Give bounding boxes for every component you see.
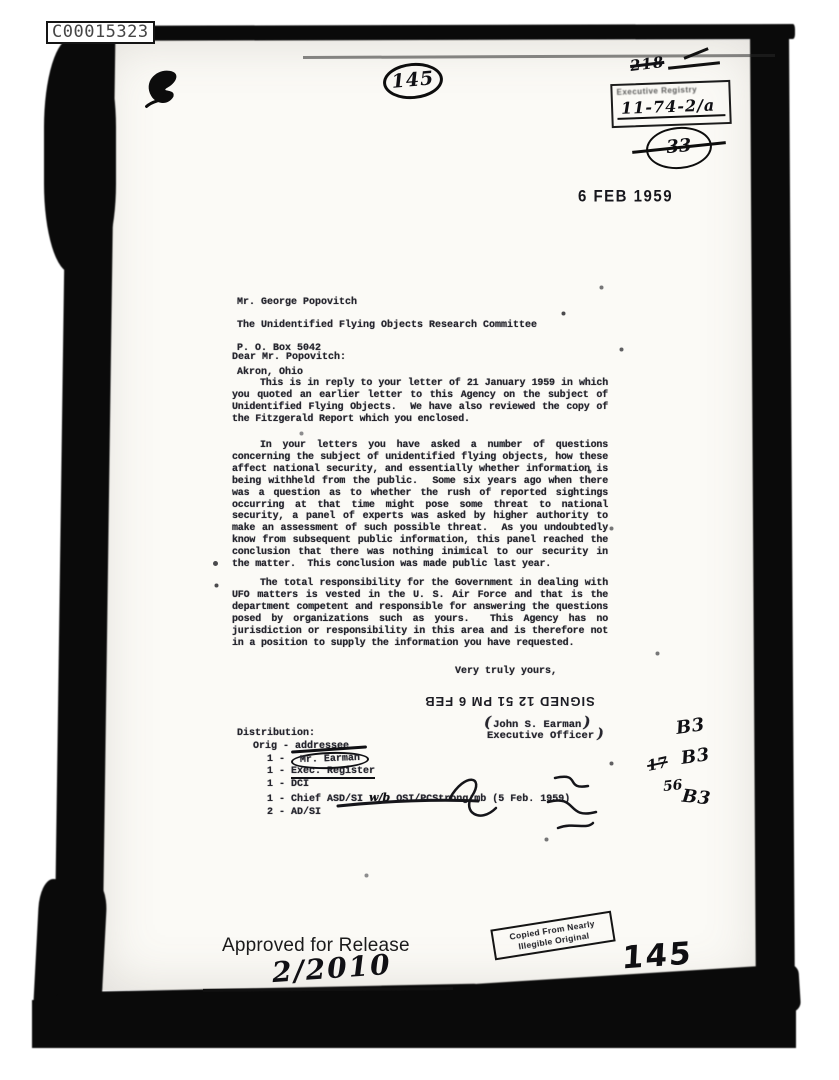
body-paragraph-2: In your letters you have asked a number …: [232, 440, 608, 571]
valediction: Very truly yours,: [455, 666, 557, 677]
scan-border-top: [47, 24, 795, 41]
distribution-heading: Distribution:: [237, 728, 570, 741]
distribution-line-earman: 1 -Mr. Earman: [267, 754, 570, 767]
recipient-line: Akron, Ohio: [237, 367, 303, 378]
handwritten-56: 56: [662, 777, 683, 795]
scan-noise-dots: [0, 0, 3, 3]
line2-prefix: 1 -: [267, 766, 285, 777]
orig-prefix: Orig -: [253, 741, 289, 752]
recipient-line: The Unidentified Flying Objects Research…: [237, 320, 537, 331]
scanned-document-page: C00015323 145 218 Executive Registry 11-…: [0, 0, 839, 1080]
handwritten-b3-mark: B3: [675, 714, 706, 739]
registry-number-handwritten: 11-74-2/a: [617, 95, 726, 120]
salutation: Dear Mr. Popovitch:: [232, 352, 346, 363]
ink-scribble-icon: [135, 61, 191, 114]
date-stamp: 6 FEB 1959: [578, 187, 673, 205]
body-paragraph-1: This is in reply to your letter of 21 Ja…: [232, 378, 608, 426]
recipient-line: Mr. George Popovitch: [237, 297, 357, 308]
page-number-bottom: 145: [621, 935, 693, 976]
inverted-signed-date-stamp: SIGNED 12 51 PM 6 FEB: [412, 694, 607, 709]
distribution-orig-line: Orig -addressee: [253, 741, 570, 754]
handwritten-b3-mark: B3: [680, 744, 711, 769]
executive-registry-stamp: Executive Registry 11-74-2/a: [610, 80, 731, 128]
recipient-address: Mr. George Popovitch The Unidentified Fl…: [237, 297, 537, 378]
body-paragraph-3: The total responsibility for the Governm…: [232, 578, 608, 649]
line1-prefix: 1 -: [267, 754, 285, 765]
scan-border-right: [750, 26, 795, 1018]
document-id: C00015323: [46, 21, 155, 44]
scan-border-left-blob: [44, 38, 116, 273]
signature-scrawl-icon: [330, 770, 600, 840]
handwritten-b3-mark: B3: [681, 786, 712, 810]
